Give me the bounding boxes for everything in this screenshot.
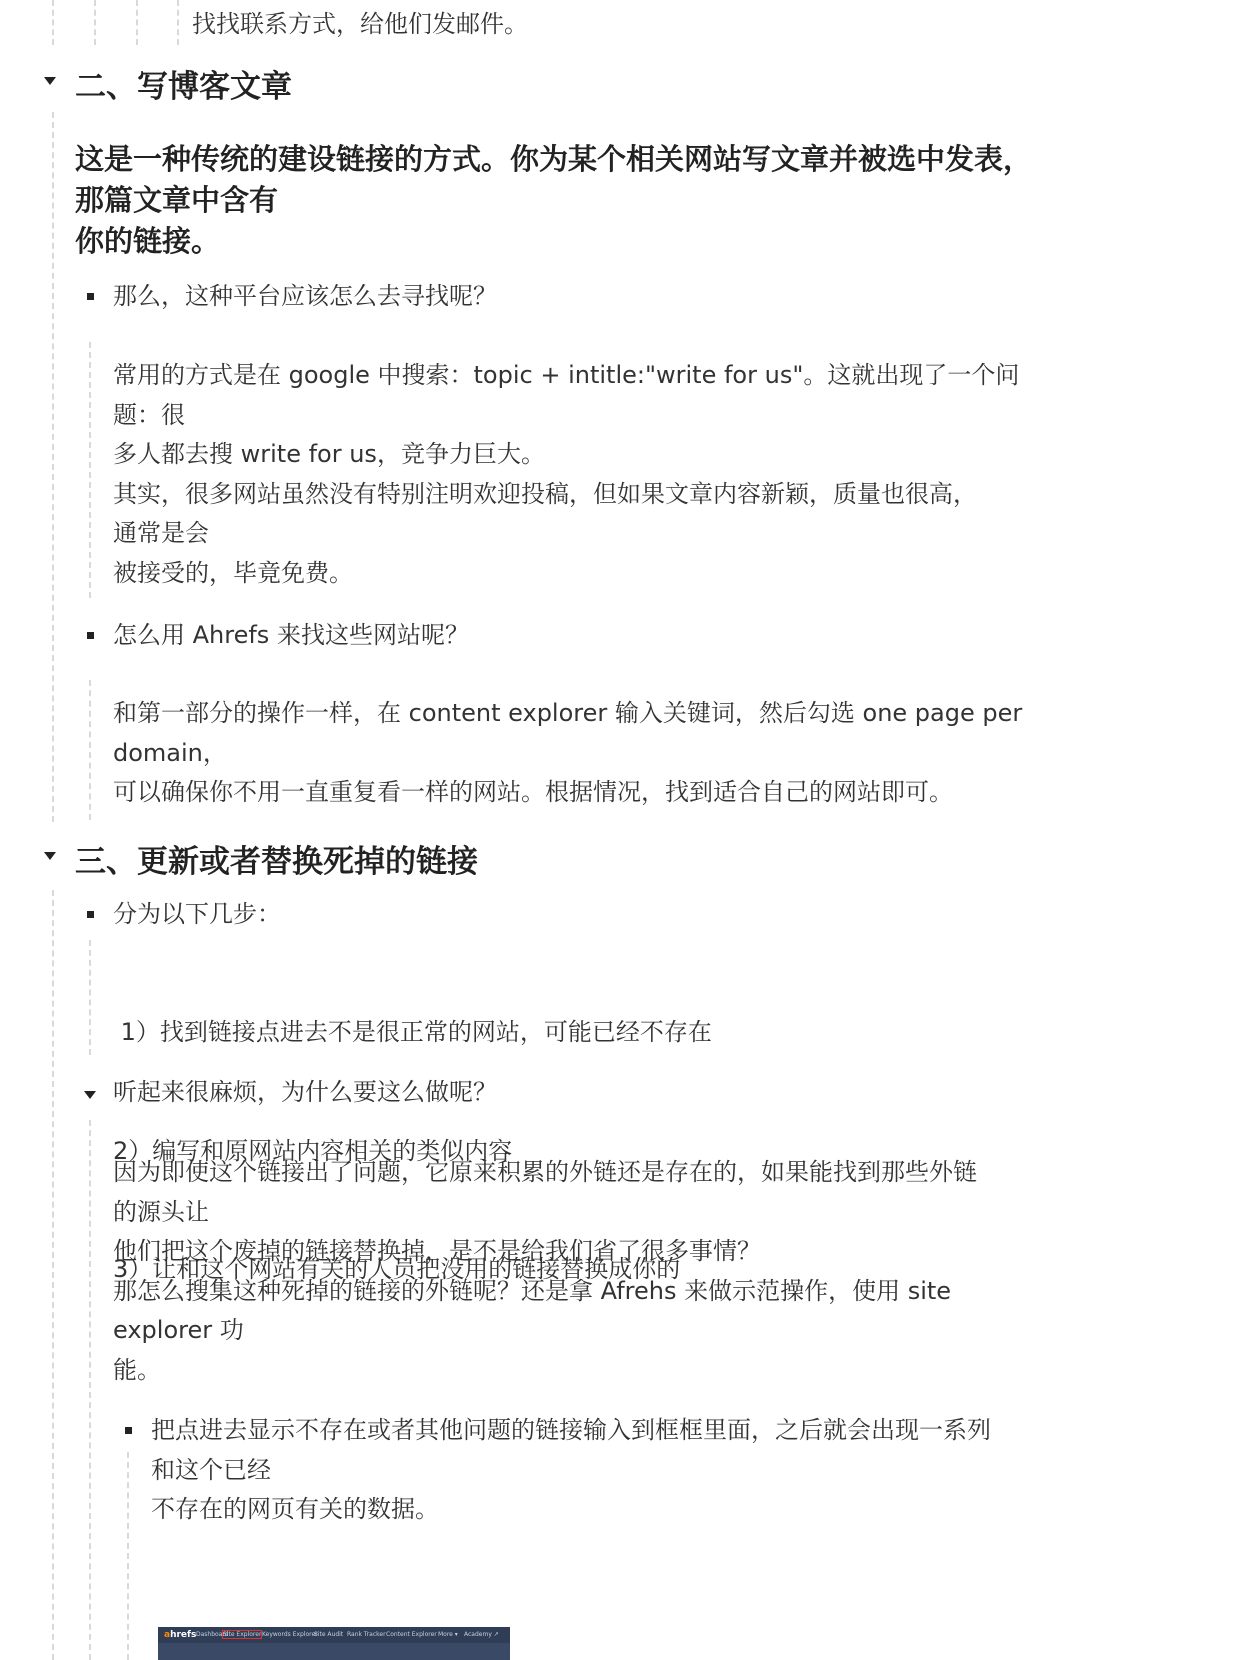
- body-line: 把点进去显示不存在或者其他问题的链接输入到框框里面，之后就会出现一系列: [151, 1411, 991, 1451]
- body-line: 因为即使这个链接出了问题，它原来积累的外链还是存在的，如果能找到那些外链: [113, 1153, 977, 1193]
- body-line: explorer 功: [113, 1311, 977, 1351]
- body-line: domain，: [113, 734, 1022, 774]
- outline-guide: [94, 0, 96, 45]
- body-line: 和这个已经: [151, 1451, 991, 1491]
- nav-item: Rank Tracker: [347, 1631, 386, 1638]
- section-intro: 这是一种传统的建设链接的方式。你为某个相关网站写文章并被选中发表， 那篇文章中含…: [75, 139, 1032, 262]
- body-line: 多人都去搜 write for us，竞争力巨大。: [113, 435, 1019, 475]
- list-item-title: 分为以下几步：: [113, 895, 281, 934]
- collapse-caret-icon[interactable]: [44, 852, 56, 860]
- section-heading: 二、写博客文章: [75, 61, 292, 106]
- nav-item: Academy ↗: [464, 1631, 499, 1638]
- nav-item-site-explorer: Site Explorer: [223, 1631, 261, 1638]
- body-line: 和第一部分的操作一样，在 content explorer 输入关键词，然后勾选…: [113, 694, 1022, 734]
- outline-guide: [89, 342, 91, 598]
- body-line: 能。: [113, 1351, 977, 1391]
- nav-item: More ▾: [438, 1631, 458, 1638]
- body-line: 他们把这个废掉的链接替换掉，是不是给我们省了很多事情？: [113, 1232, 977, 1272]
- list-item-body: 常用的方式是在 google 中搜索：topic + intitle:"writ…: [113, 356, 1019, 593]
- outline-guide: [136, 0, 138, 45]
- step-line: 1）找到链接点进去不是很正常的网站，可能已经不存在: [113, 1013, 712, 1053]
- ahrefs-logo: ahrefs: [164, 1630, 196, 1640]
- body-line: 的源头让: [113, 1193, 977, 1233]
- outline-guide: [89, 680, 91, 820]
- outline-guide: [52, 112, 54, 822]
- intro-line: 你的链接。: [75, 221, 1032, 262]
- outline-guide: [52, 0, 54, 45]
- bullet-icon: [87, 293, 94, 300]
- list-item-body: 因为即使这个链接出了问题，它原来积累的外链还是存在的，如果能找到那些外链 的源头…: [113, 1153, 977, 1390]
- nav-item: Site Audit: [314, 1631, 343, 1638]
- section-heading: 三、更新或者替换死掉的链接: [75, 836, 478, 881]
- embedded-subbar: [158, 1643, 510, 1660]
- intro-line: 这是一种传统的建设链接的方式。你为某个相关网站写文章并被选中发表，: [75, 139, 1032, 180]
- continuation-text: 找找联系方式，给他们发邮件。: [192, 4, 528, 39]
- body-line: 被接受的，毕竟免费。: [113, 554, 1019, 594]
- body-line: 其实，很多网站虽然没有特别注明欢迎投稿，但如果文章内容新颖，质量也很高，: [113, 475, 1019, 515]
- outline-guide: [127, 1452, 129, 1660]
- body-line: 题：很: [113, 396, 1019, 436]
- body-line: 不存在的网页有关的数据。: [151, 1490, 991, 1530]
- body-line: 通常是会: [113, 514, 1019, 554]
- list-item-title: 那么，这种平台应该怎么去寻找呢？: [113, 277, 497, 316]
- outline-guide: [89, 1120, 91, 1660]
- body-line: 那怎么搜集这种死掉的链接的外链呢？还是拿 Afrehs 来做示范操作，使用 si…: [113, 1272, 977, 1312]
- body-line: 常用的方式是在 google 中搜索：topic + intitle:"writ…: [113, 356, 1019, 396]
- body-line: 可以确保你不用一直重复看一样的网站。根据情况，找到适合自己的网站即可。: [113, 773, 1022, 813]
- embedded-ahrefs-screenshot: ahrefs Dashboard Site Explorer Keywords …: [158, 1627, 510, 1660]
- outline-guide: [52, 890, 54, 1660]
- list-item-title: 怎么用 Ahrefs 来找这些网站呢？: [113, 616, 469, 655]
- nav-item: Content Explorer: [386, 1631, 437, 1638]
- outline-guide: [89, 940, 91, 1055]
- intro-line: 那篇文章中含有: [75, 180, 1032, 221]
- list-item-body: 和第一部分的操作一样，在 content explorer 输入关键词，然后勾选…: [113, 694, 1022, 813]
- list-item-title: 听起来很麻烦，为什么要这么做呢？: [113, 1073, 497, 1112]
- nav-item: Keywords Explorer: [262, 1631, 318, 1638]
- bullet-icon: [87, 632, 94, 639]
- bullet-icon: [87, 911, 94, 918]
- bullet-icon: [125, 1427, 132, 1434]
- sub-list-item: 把点进去显示不存在或者其他问题的链接输入到框框里面，之后就会出现一系列 和这个已…: [151, 1411, 991, 1530]
- outline-guide: [177, 0, 179, 45]
- collapse-caret-icon[interactable]: [84, 1091, 96, 1099]
- collapse-caret-icon[interactable]: [44, 77, 56, 85]
